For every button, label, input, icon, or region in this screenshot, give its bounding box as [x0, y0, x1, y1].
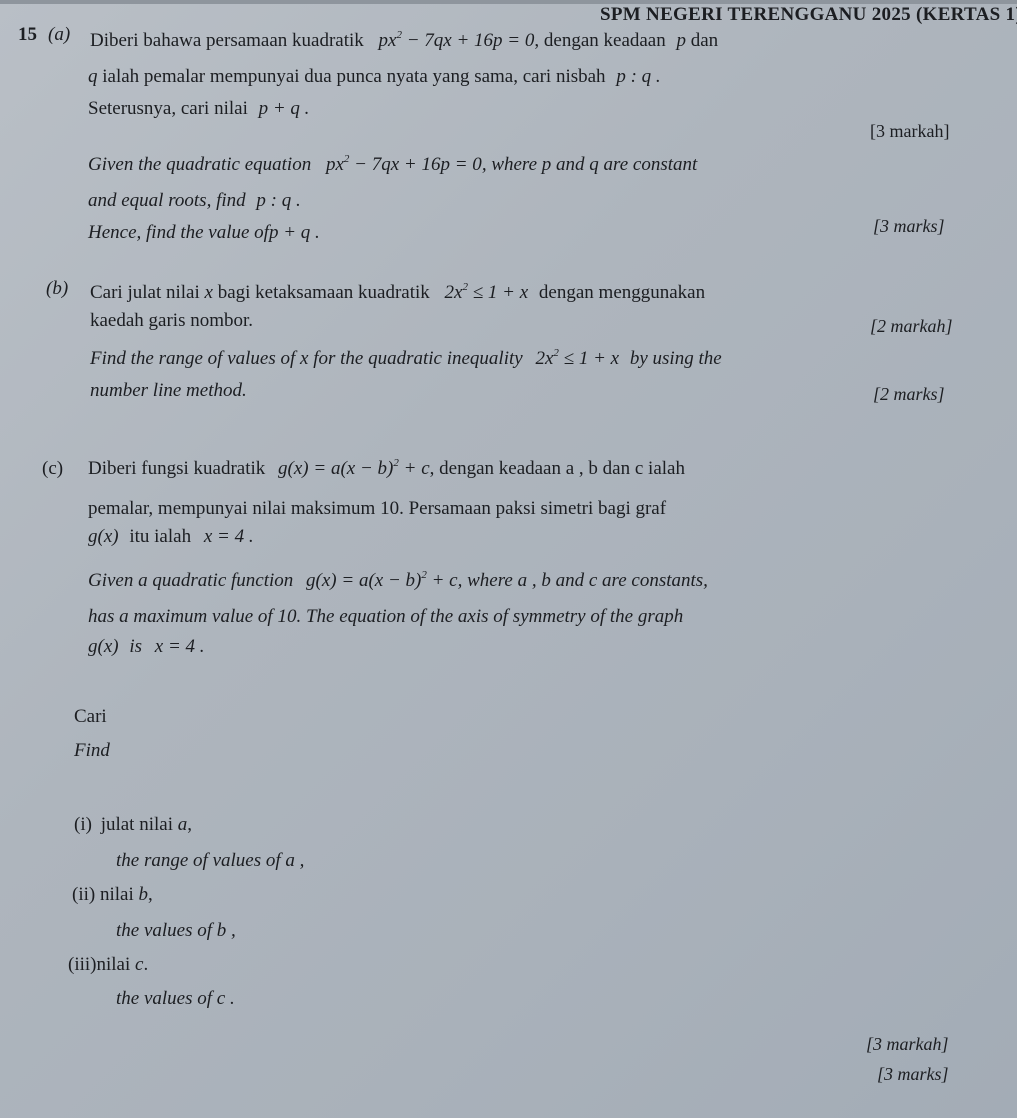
part-b-label: (b): [46, 278, 68, 300]
part-b-malay-line1: Cari julat nilai x bagi ketaksamaan kuad…: [90, 282, 705, 304]
var-p: p: [677, 30, 687, 51]
sum: p + q .: [259, 98, 310, 119]
inequality: 2x2 ≤ 1 + x: [445, 282, 529, 303]
subpart-i-malay: (i) julat nilai a,: [74, 814, 192, 836]
subpart-iii-malay: (iii)nilai c.: [68, 954, 148, 976]
text: nilai: [100, 884, 134, 905]
part-a-label: (a): [48, 24, 70, 46]
function-g: g(x): [88, 636, 119, 657]
sum: p + q .: [269, 222, 320, 243]
part-a-english-line1: Given the quadratic equation px2 − 7qx +…: [88, 154, 697, 176]
text: , where a , b and c are constants,: [458, 570, 708, 591]
question-number: 15: [18, 24, 37, 46]
var-q: q: [88, 66, 98, 87]
part-c-english-line1: Given a quadratic function g(x) = a(x − …: [88, 570, 708, 592]
subpart-label: (iii): [68, 954, 97, 975]
text: Seterusnya, cari nilai: [88, 98, 248, 119]
text: ,: [187, 814, 192, 835]
part-a-malay-line3: Seterusnya, cari nilai p + q .: [88, 98, 309, 120]
var-x: x: [205, 282, 213, 303]
part-a-english-line3: Hence, find the value ofp + q .: [88, 222, 320, 244]
function: g(x) = a(x − b)2 + c: [278, 458, 430, 479]
subpart-i-english: the range of values of a ,: [116, 850, 304, 872]
text: dengan menggunakan: [539, 282, 705, 303]
text: , dengan keadaan a , b dan c ialah: [430, 458, 685, 479]
text: Cari julat nilai: [90, 282, 200, 303]
text: nilai: [97, 954, 131, 975]
equation: px2 − 7qx + 16p = 0: [379, 30, 535, 51]
subpart-label: (i): [74, 814, 92, 835]
part-a-marks-english: [3 marks]: [873, 216, 945, 237]
text: and equal roots, find: [88, 190, 246, 211]
axis-equation: x = 4 .: [204, 526, 254, 547]
inequality: 2x2 ≤ 1 + x: [535, 348, 619, 369]
part-c-english-line3: g(x) is x = 4 .: [88, 636, 205, 658]
text: Given the quadratic equation: [88, 154, 311, 175]
text: bagi ketaksamaan kuadratik: [218, 282, 430, 303]
part-c-marks-english: [3 marks]: [877, 1064, 949, 1085]
text: dan: [691, 30, 718, 51]
text: ,: [148, 884, 153, 905]
text: Find the range of values of x for the qu…: [90, 348, 523, 369]
ratio: p : q .: [616, 66, 660, 87]
text: Given a quadratic function: [88, 570, 293, 591]
part-a-marks-malay: [3 markah]: [870, 121, 949, 142]
part-a-malay-line2: q ialah pemalar mempunyai dua punca nyat…: [88, 66, 661, 88]
text: .: [143, 954, 148, 975]
part-c-malay-line1: Diberi fungsi kuadratik g(x) = a(x − b)2…: [88, 458, 685, 480]
text: Diberi bahawa persamaan kuadratik: [90, 30, 364, 51]
text: itu ialah: [129, 526, 191, 547]
find-english: Find: [74, 740, 110, 762]
part-c-marks-malay: [3 markah]: [866, 1034, 949, 1055]
part-b-marks-malay: [2 markah]: [870, 316, 953, 337]
ratio: p : q .: [256, 190, 300, 211]
part-b-marks-english: [2 marks]: [873, 384, 945, 405]
subpart-iii-english: the values of c .: [116, 988, 235, 1010]
part-b-english-line1: Find the range of values of x for the qu…: [90, 348, 722, 370]
var-a: a: [178, 814, 188, 835]
text: is: [129, 636, 142, 657]
function: g(x) = a(x − b)2 + c: [306, 570, 458, 591]
subpart-ii-english: the values of b ,: [116, 920, 236, 942]
part-c-malay-line3: g(x) itu ialah x = 4 .: [88, 526, 254, 548]
part-b-english-line2: number line method.: [90, 380, 247, 402]
part-b-malay-line2: kaedah garis nombor.: [90, 310, 253, 332]
exam-header: SPM NEGERI TERENGGANU 2025 (KERTAS 1): [600, 4, 1017, 26]
find-malay: Cari: [74, 706, 107, 728]
part-c-english-line2: has a maximum value of 10. The equation …: [88, 606, 683, 628]
var-b: b: [139, 884, 149, 905]
text: by using the: [630, 348, 722, 369]
text: Diberi fungsi kuadratik: [88, 458, 265, 479]
subpart-ii-malay: (ii) nilai b,: [72, 884, 153, 906]
part-a-malay-line1: Diberi bahawa persamaan kuadratik px2 − …: [90, 30, 718, 52]
part-a-english-line2: and equal roots, find p : q .: [88, 190, 301, 212]
text: , where p and q are constant: [482, 154, 698, 175]
text: Hence, find the value of: [88, 222, 269, 243]
function-g: g(x): [88, 526, 119, 547]
part-c-malay-line2: pemalar, mempunyai nilai maksimum 10. Pe…: [88, 498, 666, 520]
text: julat nilai: [101, 814, 173, 835]
equation: px2 − 7qx + 16p = 0: [326, 154, 482, 175]
text: ialah pemalar mempunyai dua punca nyata …: [102, 66, 605, 87]
text: , dengan keadaan: [534, 30, 665, 51]
part-c-label: (c): [42, 458, 63, 480]
axis-equation: x = 4 .: [155, 636, 205, 657]
subpart-label: (ii): [72, 884, 95, 905]
